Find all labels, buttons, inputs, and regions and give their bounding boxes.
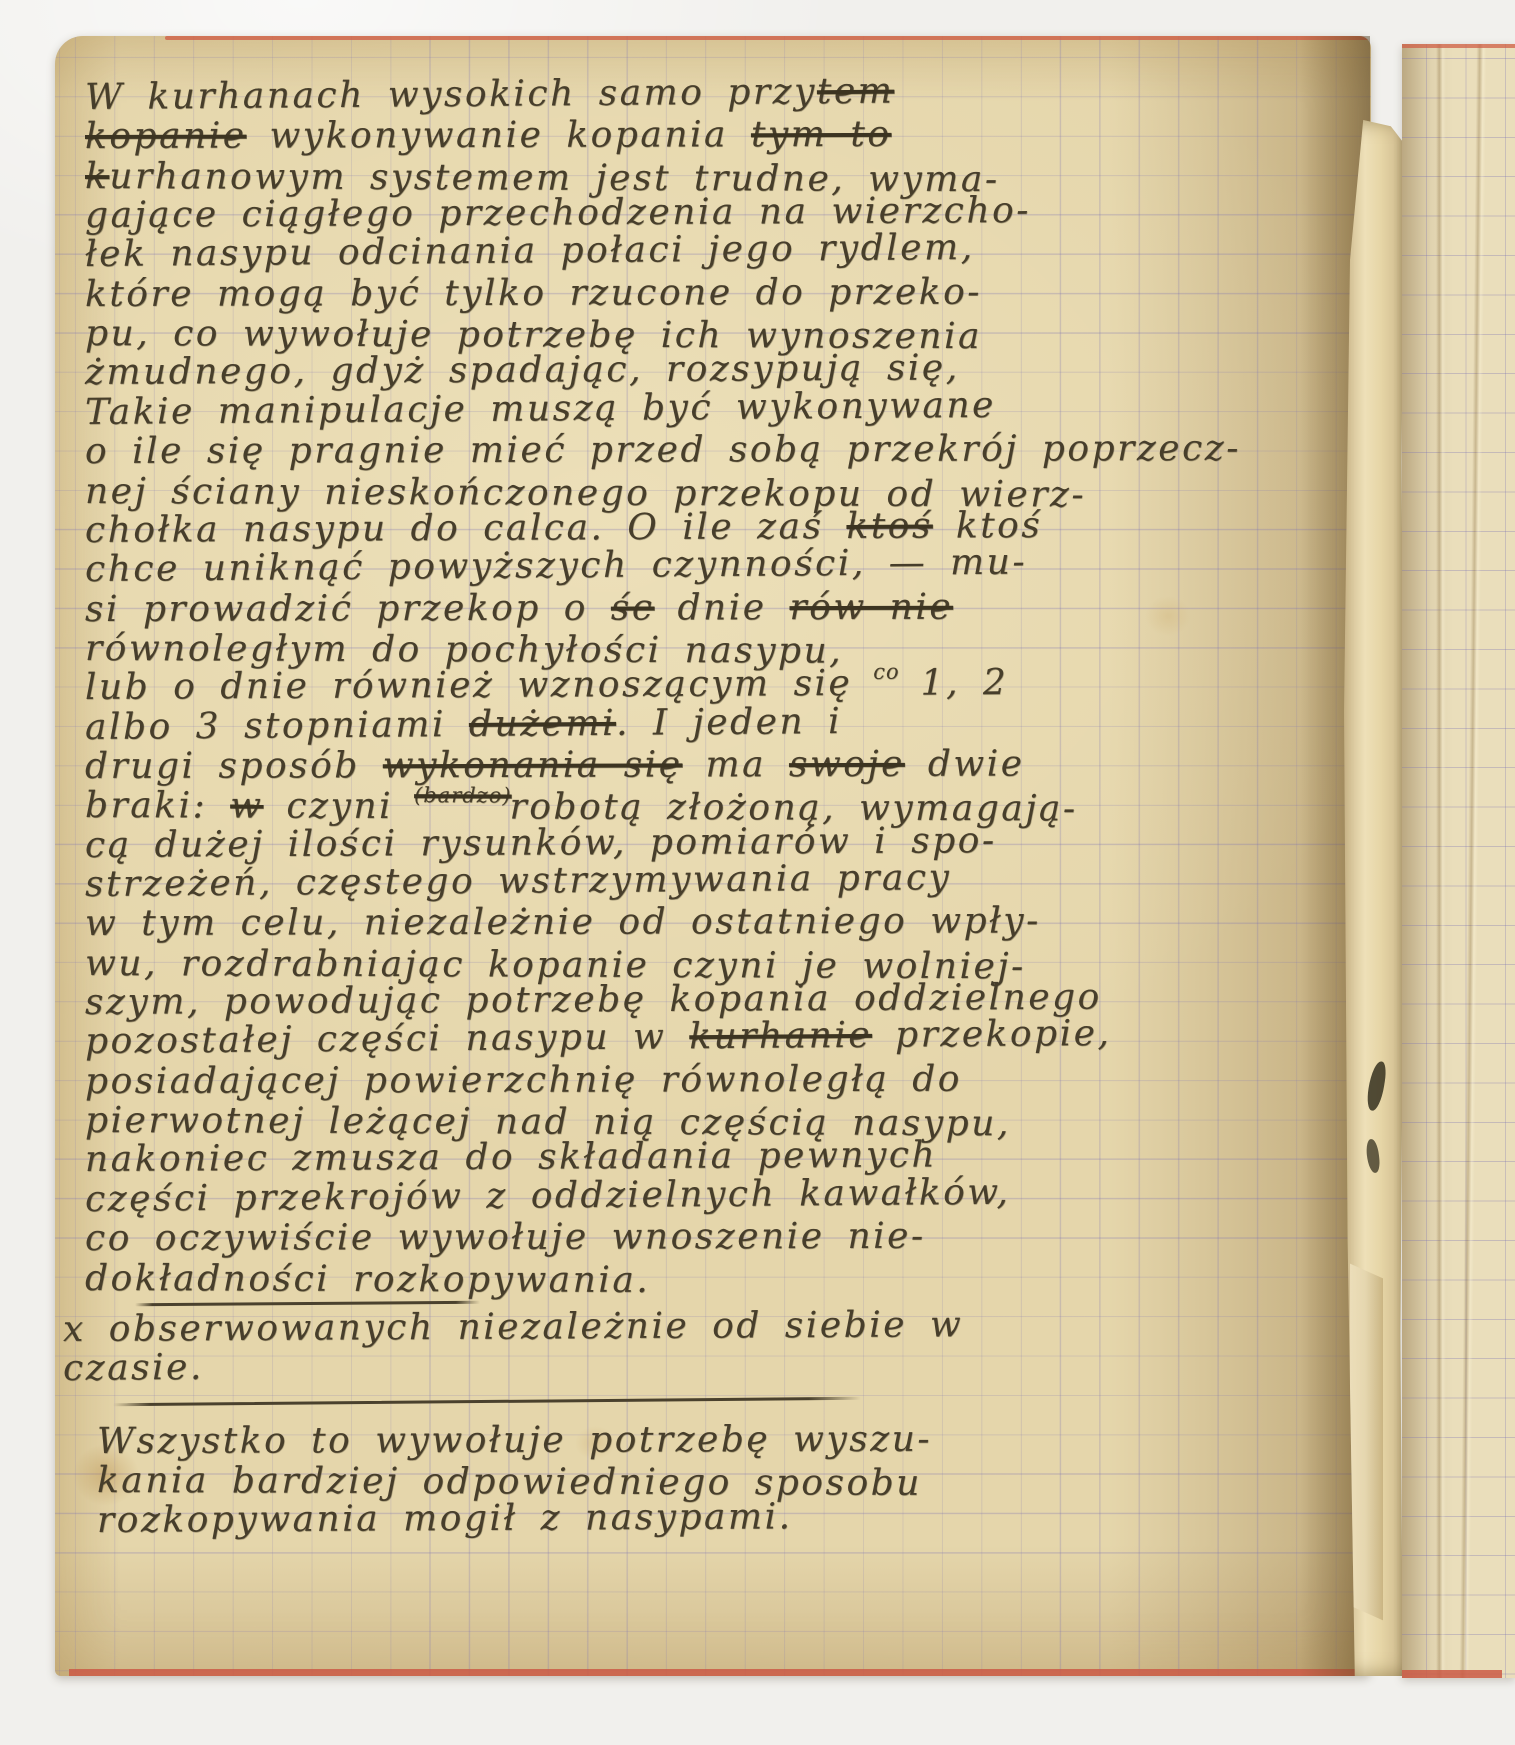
handwriting-text: części przekrojów z oddzielnych kawałków… (85, 1172, 1011, 1220)
scanned-notebook-photo: W kurhanach wysokich samo przytemkopanie… (0, 0, 1515, 1745)
text-line: czasie. (63, 1348, 204, 1388)
handwriting-text: ktoś (933, 505, 1043, 547)
struck-text: kopanie (85, 116, 247, 157)
text-line: rozkopywania mogił z nasypami. (97, 1497, 793, 1540)
handwriting-text: w tym celu, niezależnie od ostatniego wp… (85, 901, 1041, 945)
inserted-word: co (873, 653, 900, 692)
struck-text: dużemi (469, 702, 616, 744)
notebook-page: W kurhanach wysokich samo przytemkopanie… (55, 36, 1371, 1676)
handwriting-text: W kurhanach wysokich samo przy (85, 71, 817, 118)
handwriting-text: dnie (654, 587, 789, 628)
text-line: si prowadzić przekop o śc dnie rów nie (85, 587, 953, 628)
ink-blot (1365, 1061, 1388, 1113)
text-line: łek nasypu odcinania połaci jego rydlem, (85, 228, 975, 274)
handwriting-text: chce uniknąć powyższych czynności, — mu- (85, 542, 1027, 590)
handwriting-text: pozostałej części nasypu w (85, 1017, 690, 1063)
text-line: W kurhanach wysokich samo przytem (85, 72, 895, 117)
text-line: pozostałej części nasypu w kurhanie prze… (85, 1014, 1112, 1061)
struck-text: swoje (789, 744, 905, 785)
text-line: kopanie wykonywanie kopania tym to (85, 115, 892, 156)
text-line: strzeżeń, częstego wstrzymywania pracy (85, 858, 952, 904)
text-line: o ile się pragnie mieć przed sobą przekr… (85, 429, 1241, 471)
handwriting-text: x obserwowanych niezależnie od siebie w (63, 1304, 963, 1350)
handwriting-text: . I jeden i (616, 701, 842, 744)
struck-text: tym to (751, 114, 892, 155)
struck-text: (bardzo) (414, 776, 512, 815)
struck-text: ktoś (846, 505, 933, 546)
handwriting-text: co oczywiście wywołuje wnoszenie nie- (85, 1216, 926, 1259)
struck-text: tem (817, 71, 895, 113)
paper-fold (1350, 1264, 1383, 1621)
handwriting-text: Takie manipulacje muszą być wykonywane (85, 385, 996, 433)
cover-edge-bottom (69, 1669, 1371, 1676)
handwriting-text: które mogą być tylko rzucone do przeko- (85, 271, 982, 314)
handwriting-text: dwie (905, 743, 1025, 784)
paper-crease (1436, 44, 1446, 1678)
handwriting-text: rozkopywania mogił z nasypami. (97, 1496, 793, 1541)
cover-edge-bottom (1402, 1670, 1502, 1678)
handwriting-text: przekopie, (872, 1013, 1112, 1056)
cover-edge-top (165, 36, 1371, 40)
handwriting-text: si prowadzić przekop o (85, 587, 611, 629)
handwriting-text: 1, 2 (898, 662, 1009, 704)
handwriting-text: albo 3 stopniami (85, 704, 469, 748)
text-line: które mogą być tylko rzucone do przeko- (85, 272, 982, 313)
text-line: albo 3 stopniami dużemi. I jeden i (85, 702, 842, 747)
handwriting-text: dokładności rozkopywania. (85, 1258, 650, 1301)
text-line: Wszystko to wywołuje potrzebę wyszu- (97, 1420, 932, 1461)
cover-edge-top (1402, 44, 1515, 48)
text-line: co oczywiście wywołuje wnoszenie nie- (85, 1217, 926, 1258)
handwriting-text: Wszystko to wywołuje potrzebę wyszu- (97, 1419, 932, 1462)
facing-page-edge (1402, 44, 1515, 1678)
handwriting-text: o ile się pragnie mieć przed sobą przekr… (85, 428, 1241, 472)
handwriting-text: czyni (263, 786, 416, 828)
handwriting-text: ma (682, 744, 789, 785)
handwriting-text: strzeżeń, częstego wstrzymywania pracy (85, 857, 952, 905)
handwriting-text: łek nasypu odcinania połaci jego rydlem, (85, 227, 975, 275)
struck-text: rów nie (789, 586, 953, 627)
struck-text: kurhanie (689, 1015, 872, 1057)
text-line: drugi sposób wykonania się ma swoje dwie (85, 744, 1025, 785)
text-line: dokładności rozkopywania. (85, 1259, 650, 1300)
handwriting-text: posiadającej powierzchnię równoległą do (85, 1058, 962, 1101)
text-line: x obserwowanych niezależnie od siebie w (63, 1305, 963, 1349)
text-line: części przekrojów z oddzielnych kawałków… (85, 1173, 1011, 1219)
torn-page-stub (1344, 120, 1404, 1676)
text-line: chce uniknąć powyższych czynności, — mu- (85, 543, 1027, 589)
text-line: Takie manipulacje muszą być wykonywane (85, 386, 996, 432)
struck-text: k (85, 156, 109, 197)
struck-text: śc (611, 587, 655, 628)
handwriting-text: drugi sposób (85, 745, 383, 787)
handwriting-text: wykonywanie kopania (246, 115, 751, 157)
ink-blot (1365, 1139, 1380, 1174)
text-line: posiadającej powierzchnię równoległą do (85, 1059, 962, 1100)
handwriting-text: czasie. (63, 1347, 204, 1389)
text-line: w tym celu, niezależnie od ostatniego wp… (85, 902, 1041, 944)
struck-text: w (230, 786, 263, 827)
facing-page-grid (1402, 44, 1515, 1678)
handwriting-text: braki: (85, 785, 230, 827)
